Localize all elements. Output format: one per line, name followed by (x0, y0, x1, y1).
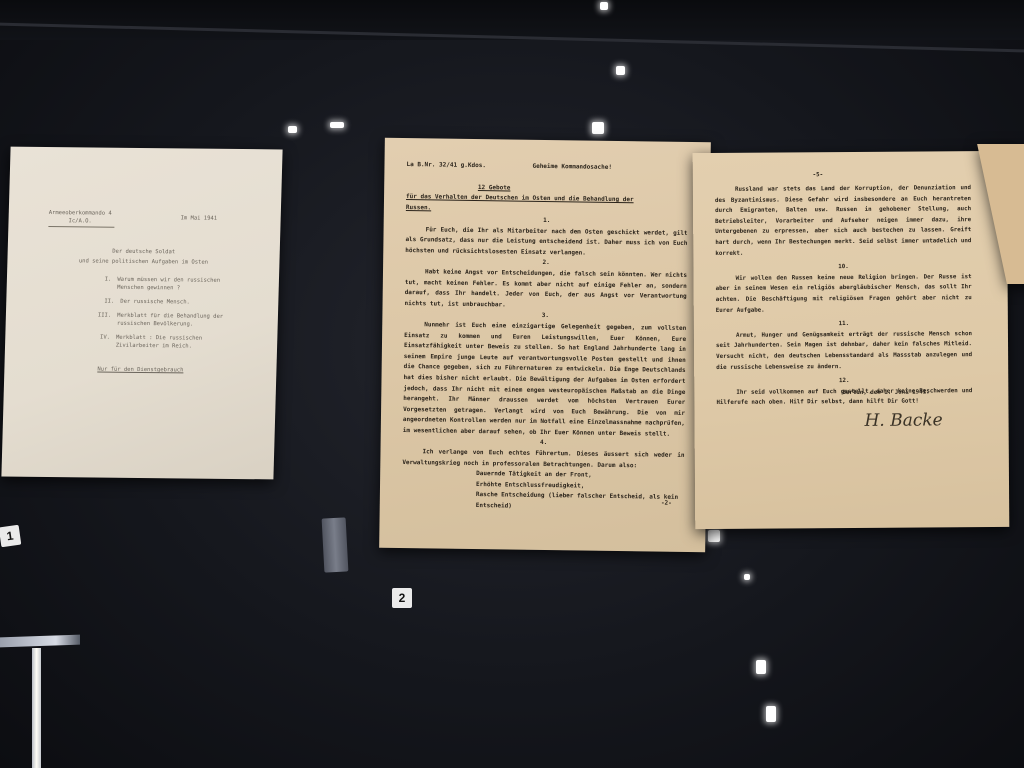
light-beam (32, 648, 41, 768)
doc3-lead-paragraph: Russland war stets das Land der Korrupti… (693, 183, 994, 259)
display-case-top-frame (0, 0, 1024, 40)
doc3-body: Russland war stets das Land der Korrupti… (693, 183, 995, 409)
doc2-section-text: Ich verlange von Euch echtes Führertum. … (380, 447, 706, 473)
doc3-signature: H. Backe (865, 415, 943, 426)
doc2-subtitle: für das Verhalten der Deutschen im Osten… (406, 192, 646, 217)
ceiling-light-reflection (708, 530, 720, 542)
doc2-leadership-list: Dauernde Tätigkeit an der Front,Erhöhte … (380, 468, 707, 515)
doc1-contents-item: II.Der russische Mensch. (98, 298, 248, 308)
doc2-section-text: Für Euch, die Ihr als Mitarbeiter nach d… (383, 224, 709, 260)
doc1-contents-item: IV.Merkblatt : Die russischen Zivilarbei… (97, 334, 247, 352)
doc1-item-text: Der russische Mensch. (120, 298, 190, 307)
ceiling-light-reflection (288, 126, 297, 133)
doc1-title-1: Der deutsche Soldat (8, 247, 280, 258)
doc1-contents-item: III.Merkblatt für die Behandlung der rus… (98, 312, 248, 330)
doc3-section-text: Armut, Hunger und Genügsamkeit erträgt d… (694, 329, 994, 373)
doc1-item-number: I. (99, 276, 112, 292)
doc1-header-date: Im Mai 1941 (181, 214, 218, 222)
doc2-page-marker: -2- (661, 499, 672, 510)
light-fixture (0, 635, 80, 648)
doc3-place-date: Berlin, den 1. Juni 1941. (842, 387, 929, 398)
doc2-section-text: Nunmehr ist Euch eine einzigartige Geleg… (381, 320, 709, 441)
doc2-reference: La B.Nr. 32/41 g.Kdos. (406, 160, 486, 172)
doc1-footer-restricted: Nur für den Dienstgebrauch (4, 365, 276, 376)
ceiling-light-reflection (744, 574, 750, 580)
doc2-classification: Geheime Kommandosache! (532, 162, 612, 174)
document-3-page-5: -5- Russland war stets das Land der Korr… (693, 151, 1010, 529)
exhibit-label-2: 2 (392, 588, 412, 608)
doc1-title-2: und seine politischen Aufgaben im Osten (7, 257, 279, 268)
doc3-page-marker: -5- (693, 169, 943, 181)
document-1-cover-page: Armeeoberkommando 4 Ic/A.O. Im Mai 1941 … (1, 147, 282, 480)
ceiling-light-reflection (756, 660, 766, 674)
doc3-section-text: Wir wollen den Russen keine neue Religio… (694, 272, 994, 316)
doc1-item-number: II. (98, 298, 114, 306)
doc1-header-rule (48, 226, 114, 228)
document-2-twelve-commandments: La B.Nr. 32/41 g.Kdos. Geheime Kommandos… (379, 138, 711, 553)
doc1-item-text: Merkblatt : Die russischen Zivilarbeiter… (116, 334, 248, 351)
doc1-item-number: III. (98, 312, 112, 328)
doc2-body: 1.Für Euch, die Ihr als Mitarbeiter nach… (380, 214, 710, 515)
doc2-section-text: Habt keine Angst vor Entscheidungen, die… (382, 267, 709, 314)
ceiling-light-reflection (766, 706, 776, 722)
doc1-contents-item: I.Warum müssen wir den russischen Mensch… (99, 276, 249, 294)
document-clip (322, 517, 349, 572)
doc1-header-left-2: Ic/A.O. (68, 217, 91, 225)
doc1-contents-list: I.Warum müssen wir den russischen Mensch… (97, 276, 249, 358)
exhibit-label-1: 1 (0, 525, 21, 548)
doc1-item-text: Warum müssen wir den russischen Menschen… (117, 276, 249, 293)
ceiling-light-reflection (330, 122, 344, 128)
ceiling-light-reflection (616, 66, 625, 75)
doc1-item-text: Merkblatt für die Behandlung der russisc… (117, 312, 248, 329)
ceiling-light-reflection (592, 122, 604, 134)
ceiling-light-reflection (600, 2, 608, 10)
doc1-item-number: IV. (97, 334, 110, 350)
